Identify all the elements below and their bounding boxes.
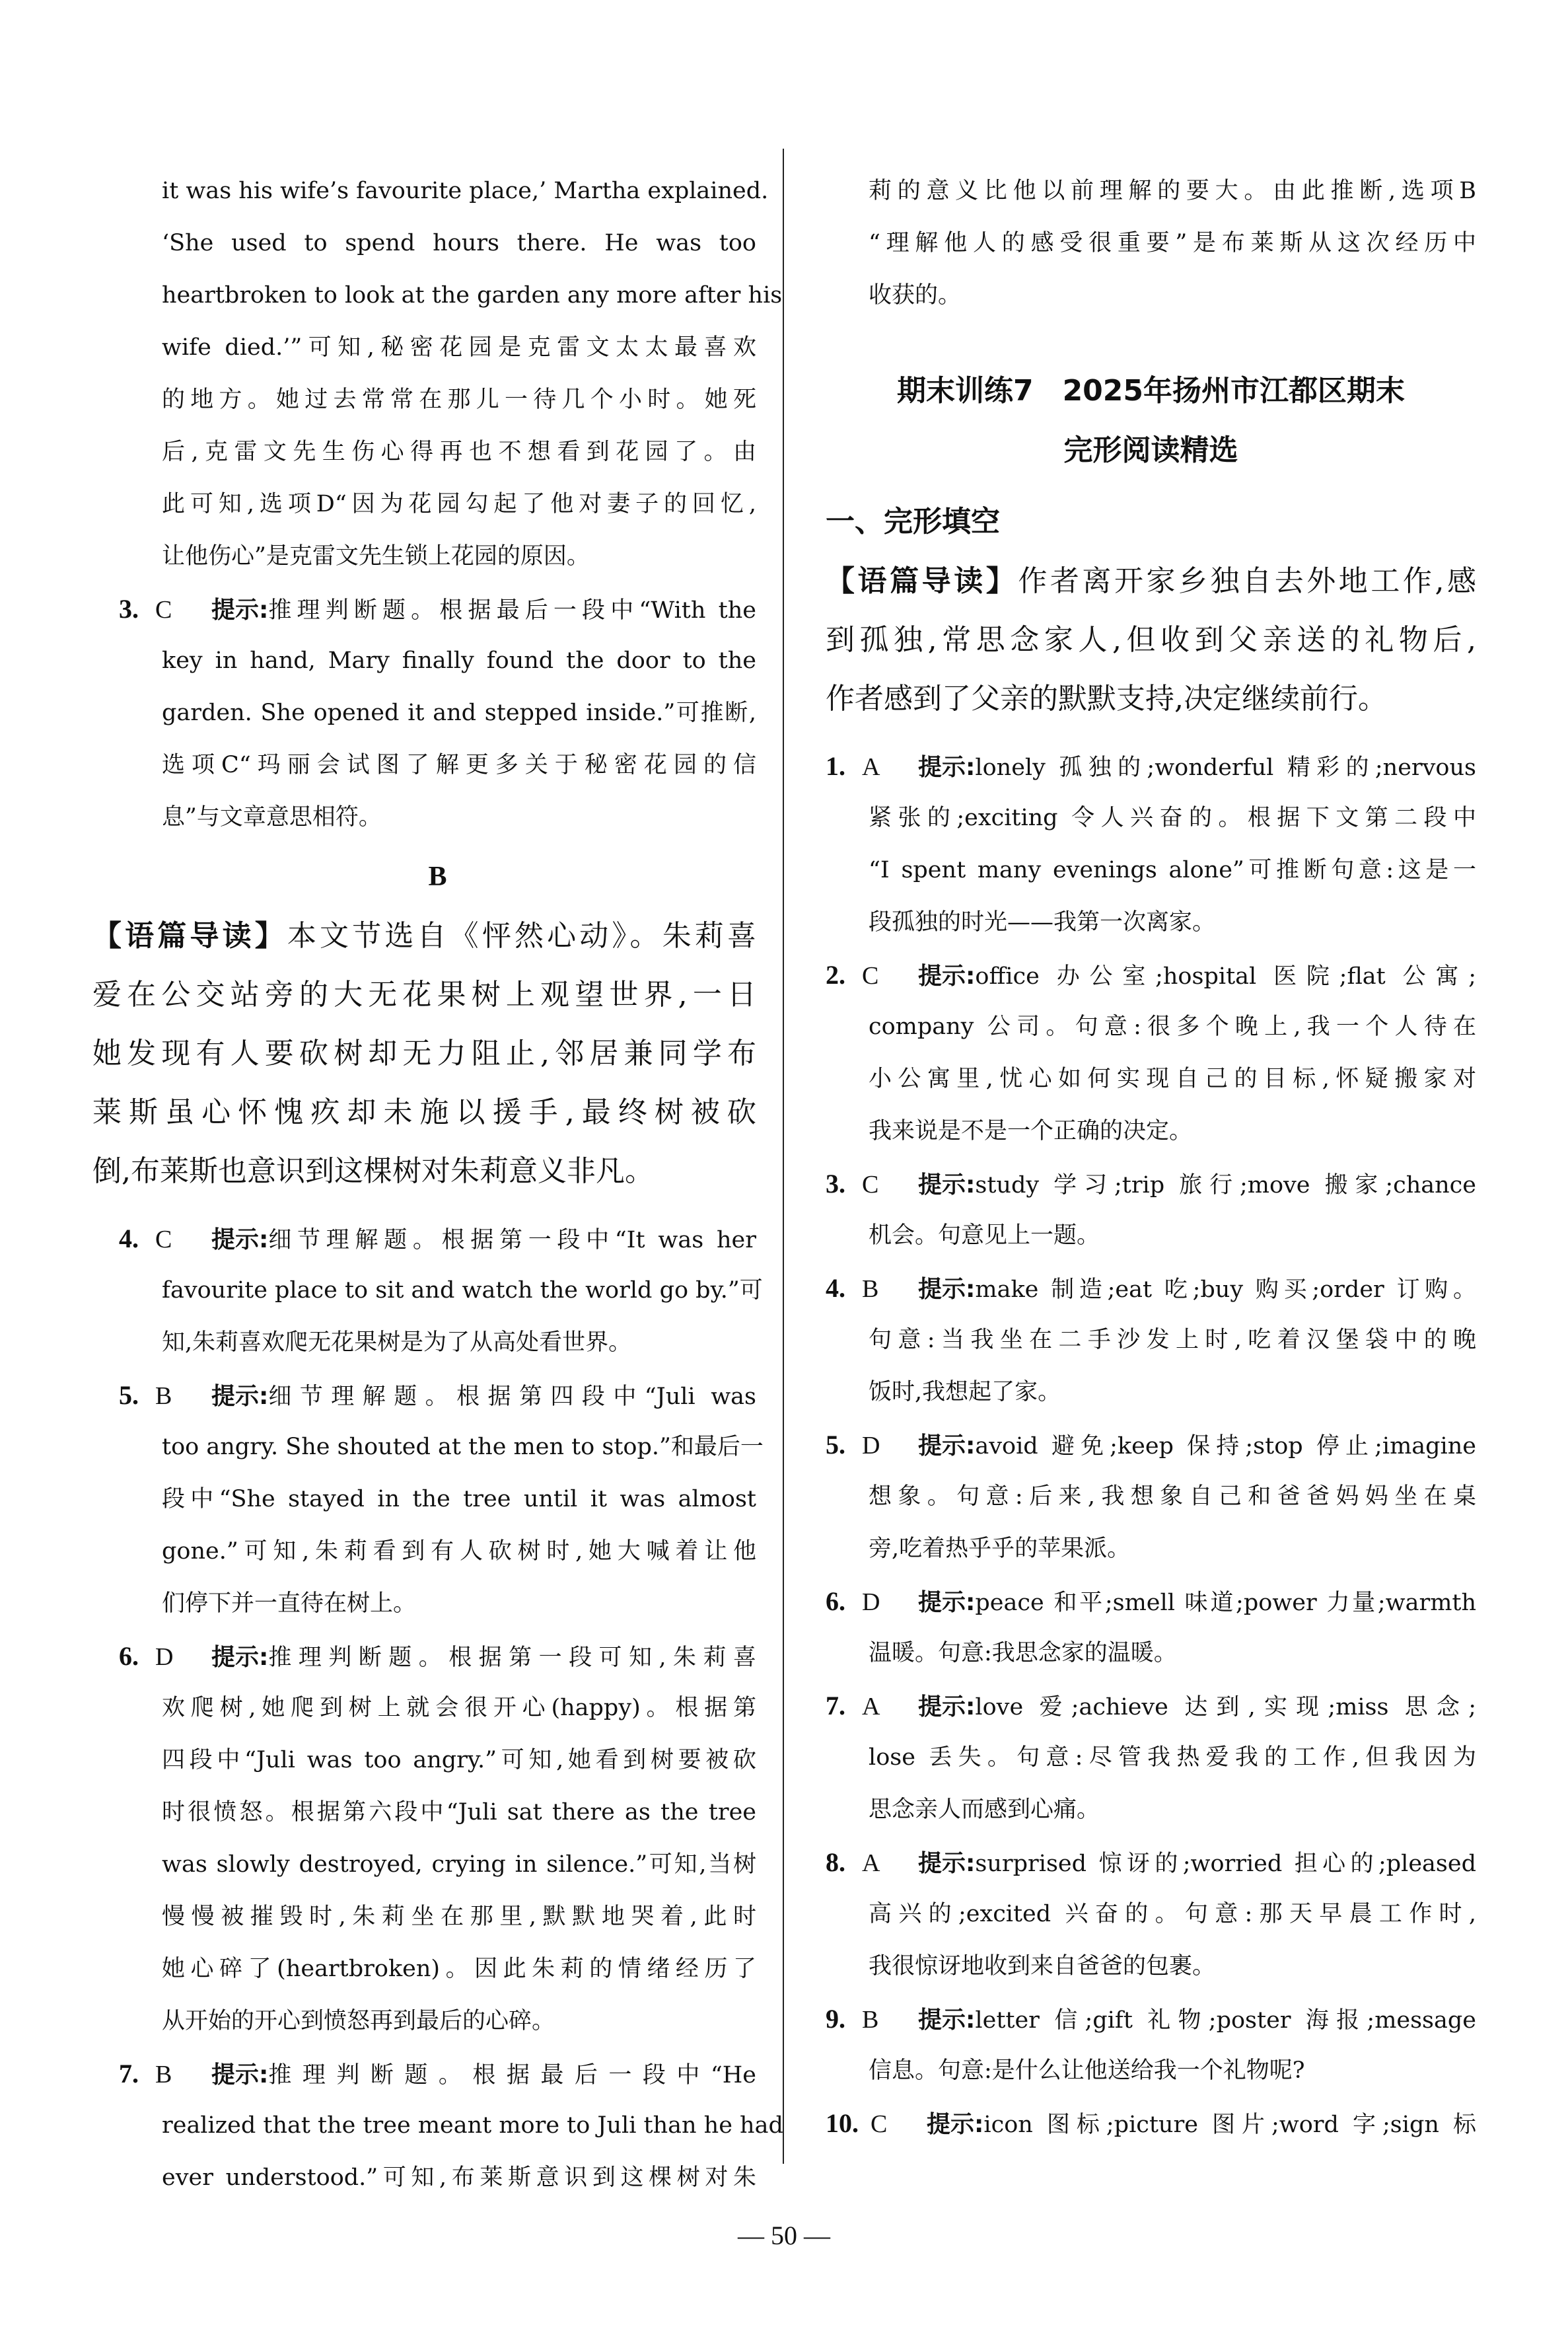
hint-label: 提示: (918, 950, 975, 1002)
text-line: 知,朱莉喜欢爬无花果树是为了从高处看世界。 (119, 1317, 756, 1369)
hint-text: study 学习;trip 旅行;move 搬家;chance (975, 1160, 1476, 1212)
page-number: — 50 — (0, 2220, 1568, 2251)
cloze-item-1: 1. A 提示: lonely 孤独的;wonderful 精彩的;nervou… (826, 740, 1476, 949)
text-line: too angry. She shouted at the men to sto… (119, 1421, 756, 1473)
text-line: 息”与文章意思相符。 (119, 792, 756, 844)
text-line: garden. She opened it and stepped inside… (119, 687, 756, 739)
title-line-1: 期末训练7 2025年扬州市江都区期末 (826, 361, 1476, 421)
cloze-item-8: 8. A 提示: surprised 惊讶的;worried 担心的;pleas… (826, 1836, 1476, 1993)
hint-text: letter 信;gift 礼物;poster 海报;message (975, 1995, 1476, 2047)
text-line: 时很愤怒。根据第六段中“Juli sat there as the tree (119, 1787, 756, 1839)
column-divider (783, 149, 784, 2164)
cloze-item-2: 2. C 提示: office 办公室;hospital 医院;flat 公寓;… (826, 949, 1476, 1158)
question-number: 6. (119, 1630, 149, 1682)
guide-tag: 【语篇导读】 (826, 564, 1018, 598)
answer-letter: C (855, 950, 918, 1002)
hint-text: 推理判断题。根据第一段可知,朱莉喜 (268, 1632, 756, 1684)
text-line: 小公寓里,忧心如何实现自己的目标,怀疑搬家对 (826, 1053, 1476, 1105)
text-line: wife died.’”可知,秘密花园是克雷文太太最喜欢 (119, 322, 756, 374)
text-line: ever understood.”可知,布莱斯意识到这棵树对朱 (119, 2152, 756, 2204)
hint-text: office 办公室;hospital 医院;flat 公寓; (975, 951, 1476, 1003)
hint-text: 细节理解题。根据第一段中“It was her (268, 1214, 756, 1267)
hint-label: 提示: (211, 2049, 268, 2101)
text-line: 我很惊讶地收到来自爸爸的包裹。 (826, 1940, 1476, 1993)
text-line: gone.”可知,朱莉看到有人砍树时,她大喊着让他 (119, 1526, 756, 1578)
text-line: 信息。句意:是什么让他送给我一个礼物呢? (826, 2045, 1476, 2097)
guide-line: 她发现有人要砍树却无力阻止,邻居兼同学布 (92, 1024, 756, 1083)
question-number: 5. (119, 1369, 149, 1421)
answer-letter: C (864, 2098, 927, 2151)
question-number: 1. (826, 740, 855, 792)
text-line: “理解他人的感受很重要”是布莱斯从这次经历中 (826, 217, 1476, 270)
guide-tag: 【语篇导读】 (92, 919, 287, 953)
answer-item-6: 6. D 提示: 推理判断题。根据第一段可知,朱莉喜 欢爬树,她爬到树上就会很开… (119, 1630, 756, 2048)
hint-label: 提示: (927, 2098, 983, 2151)
question-number: 8. (826, 1836, 855, 1888)
question-number: 6. (826, 1575, 855, 1627)
continued-answer-2: it was his wife’s favourite place,’ Mart… (119, 165, 756, 583)
text-line: 我来说是不是一个正确的决定。 (826, 1105, 1476, 1158)
text-line: 思念亲人而感到心痛。 (826, 1784, 1476, 1836)
hint-text: love 爱;achieve 达到,实现;miss 思念; (975, 1681, 1476, 1734)
text-line: 后,克雷文先生伤心得再也不想看到花园了。由 (119, 426, 756, 478)
hint-label: 提示: (211, 1214, 268, 1266)
text-line: 饭时,我想起了家。 (826, 1366, 1476, 1419)
cloze-item-5: 5. D 提示: avoid 避免;keep 保持;stop 停止;imagin… (826, 1419, 1476, 1575)
hint-label: 提示: (918, 1994, 975, 2046)
answer-item-4: 4. C 提示: 细节理解题。根据第一段中“It was her favouri… (119, 1212, 756, 1369)
cloze-item-3: 3. C 提示: study 学习;trip 旅行;move 搬家;chance… (826, 1158, 1476, 1262)
question-number: 5. (826, 1419, 855, 1471)
text-line: 温暖。句意:我思念家的温暖。 (826, 1627, 1476, 1679)
text-line: lose 丢失。句意:尽管我热爱我的工作,但我因为 (826, 1732, 1476, 1784)
section-heading-cloze: 一、完形填空 (826, 492, 1476, 552)
guide-text: 本文节选自《怦然心动》。朱莉喜 (287, 919, 756, 953)
passage-guide-b: 【语篇导读】本文节选自《怦然心动》。朱莉喜 爱在公交站旁的大无花果树上观望世界,… (92, 906, 756, 1200)
question-number: 9. (826, 1993, 855, 2045)
text-line: 让他伤心”是克雷文先生锁上花园的原因。 (119, 531, 756, 583)
cloze-item-9: 9. B 提示: letter 信;gift 礼物;poster 海报;mess… (826, 1993, 1476, 2097)
text-line: 想象。句意:后来,我想象自己和爸爸妈妈坐在桌 (826, 1471, 1476, 1523)
exercise-title: 期末训练7 2025年扬州市江都区期末 完形阅读精选 (826, 361, 1476, 480)
text-line: heartbroken to look at the garden any mo… (119, 270, 756, 322)
hint-text: 推理判断题。根据最后一段中“He (268, 2049, 756, 2102)
guide-line: 作者感到了父亲的默默支持,决定继续前行。 (826, 669, 1476, 728)
text-line: 段孤独的时光——我第一次离家。 (826, 897, 1476, 949)
text-line: “I spent many evenings alone”可推断句意:这是一 (826, 844, 1476, 897)
answer-letter: D (855, 1576, 918, 1629)
section-b-label: B (119, 844, 756, 906)
guide-line: 到孤独,常思念家人,但收到父亲送的礼物后, (826, 610, 1476, 669)
continued-answer-7: 莉的意义比他以前理解的要大。由此推断,选项B “理解他人的感受很重要”是布莱斯从… (826, 165, 1476, 322)
answer-item-7: 7. B 提示: 推理判断题。根据最后一段中“He realized that … (119, 2048, 756, 2204)
answer-letter: C (855, 1159, 918, 1211)
text-line: 四段中“Juli was too angry.”可知,她看到树要被砍 (119, 1734, 756, 1787)
guide-text: 作者离开家乡独自去外地工作,感 (1018, 564, 1476, 598)
hint-text: 推理判断题。根据最后一段中“With the (268, 585, 756, 637)
text-line: 慢慢被摧毁时,朱莉坐在那里,默默地哭着,此时 (119, 1891, 756, 1943)
text-line: 从开始的开心到愤怒再到最后的心碎。 (119, 1995, 756, 2048)
text-line: 欢爬树,她爬到树上就会很开心(happy)。根据第 (119, 1682, 756, 1734)
cloze-item-6: 6. D 提示: peace 和平;smell 味道;power 力量;warm… (826, 1575, 1476, 1679)
text-line: 选项C“玛丽会试图了解更多关于秘密花园的信 (119, 739, 756, 792)
text-line: company 公司。句意:很多个晚上,我一个人待在 (826, 1001, 1476, 1053)
answer-letter: C (149, 584, 211, 636)
hint-label: 提示: (211, 1370, 268, 1422)
question-number: 3. (119, 583, 149, 635)
question-number: 10. (826, 2097, 864, 2149)
text-line: 紧张的;exciting 令人兴奋的。根据下文第二段中 (826, 792, 1476, 844)
text-line: 旁,吃着热乎乎的苹果派。 (826, 1523, 1476, 1575)
passage-guide-cloze: 【语篇导读】作者离开家乡独自去外地工作,感 到孤独,常思念家人,但收到父亲送的礼… (826, 552, 1476, 728)
cloze-item-4: 4. B 提示: make 制造;eat 吃;buy 购买;order 订购。 … (826, 1262, 1476, 1419)
hint-label: 提示: (211, 584, 268, 636)
answer-letter: B (149, 1370, 211, 1422)
answer-item-3: 3. C 提示: 推理判断题。根据最后一段中“With the key in h… (119, 583, 756, 844)
cloze-item-7: 7. A 提示: love 爱;achieve 达到,实现;miss 思念; l… (826, 1679, 1476, 1836)
hint-label: 提示: (918, 1420, 975, 1472)
text-line: 们停下并一直待在树上。 (119, 1578, 756, 1630)
question-number: 4. (826, 1262, 855, 1314)
hint-label: 提示: (918, 1837, 975, 1890)
hint-label: 提示: (918, 741, 975, 793)
question-number: 7. (826, 1679, 855, 1732)
text-line: 的地方。她过去常常在那儿一待几个小时。她死 (119, 374, 756, 426)
answer-letter: D (149, 1631, 211, 1683)
text-line: realized that the tree meant more to Jul… (119, 2100, 756, 2152)
text-line: 此可知,选项D“因为花园勾起了他对妻子的回忆, (119, 478, 756, 531)
hint-label: 提示: (918, 1263, 975, 1315)
text-line: 莉的意义比他以前理解的要大。由此推断,选项B (826, 165, 1476, 217)
hint-text: surprised 惊讶的;worried 担心的;pleased (975, 1838, 1476, 1890)
hint-text: icon 图标;picture 图片;word 字;sign 标 (983, 2099, 1476, 2151)
question-number: 3. (826, 1158, 855, 1210)
answer-letter: D (855, 1420, 918, 1472)
right-column: 莉的意义比他以前理解的要大。由此推断,选项B “理解他人的感受很重要”是布莱斯从… (826, 165, 1476, 2149)
guide-line: 莱斯虽心怀愧疚却未施以援手,最终树被砍 (92, 1083, 756, 1142)
hint-text: avoid 避免;keep 保持;stop 停止;imagine (975, 1421, 1476, 1473)
hint-text: lonely 孤独的;wonderful 精彩的;nervous (975, 742, 1476, 794)
text-line: it was his wife’s favourite place,’ Mart… (119, 165, 756, 217)
text-line: 段中“She stayed in the tree until it was a… (119, 1473, 756, 1526)
answer-letter: A (855, 741, 918, 793)
answer-letter: A (855, 1681, 918, 1733)
question-number: 2. (826, 949, 855, 1001)
text-line: was slowly destroyed, crying in silence.… (119, 1839, 756, 1891)
answer-letter: B (855, 1994, 918, 2046)
answer-letter: A (855, 1837, 918, 1890)
text-line: key in hand, Mary finally found the door… (119, 635, 756, 687)
answer-letter: B (855, 1263, 918, 1315)
answer-letter: B (149, 2049, 211, 2101)
hint-text: 细节理解题。根据第四段中“Juli was (268, 1371, 756, 1423)
text-line: 句意:当我坐在二手沙发上时,吃着汉堡袋中的晚 (826, 1314, 1476, 1366)
hint-label: 提示: (211, 1631, 268, 1683)
answer-item-5: 5. B 提示: 细节理解题。根据第四段中“Juli was too angry… (119, 1369, 756, 1630)
cloze-item-10: 10. C 提示: icon 图标;picture 图片;word 字;sign… (826, 2097, 1476, 2149)
question-number: 4. (119, 1212, 149, 1265)
question-number: 7. (119, 2048, 149, 2100)
hint-label: 提示: (918, 1681, 975, 1733)
hint-text: peace 和平;smell 味道;power 力量;warmth (975, 1577, 1476, 1629)
hint-label: 提示: (918, 1159, 975, 1211)
hint-label: 提示: (918, 1576, 975, 1629)
left-column: it was his wife’s favourite place,’ Mart… (119, 165, 756, 2204)
title-line-2: 完形阅读精选 (826, 421, 1476, 480)
text-line: 她心碎了(heartbroken)。因此朱莉的情绪经历了 (119, 1943, 756, 1995)
guide-line: 爱在公交站旁的大无花果树上观望世界,一日 (92, 965, 756, 1024)
text-line: 收获的。 (826, 270, 1476, 322)
text-line: ‘She used to spend hours there. He was t… (119, 217, 756, 270)
text-line: favourite place to sit and watch the wor… (119, 1265, 756, 1317)
guide-line: 倒,布莱斯也意识到这棵树对朱莉意义非凡。 (92, 1142, 756, 1200)
text-line: 机会。句意见上一题。 (826, 1210, 1476, 1262)
text-line: 高兴的;excited 兴奋的。句意:那天早晨工作时, (826, 1888, 1476, 1940)
answer-letter: C (149, 1214, 211, 1266)
hint-text: make 制造;eat 吃;buy 购买;order 订购。 (975, 1264, 1476, 1316)
